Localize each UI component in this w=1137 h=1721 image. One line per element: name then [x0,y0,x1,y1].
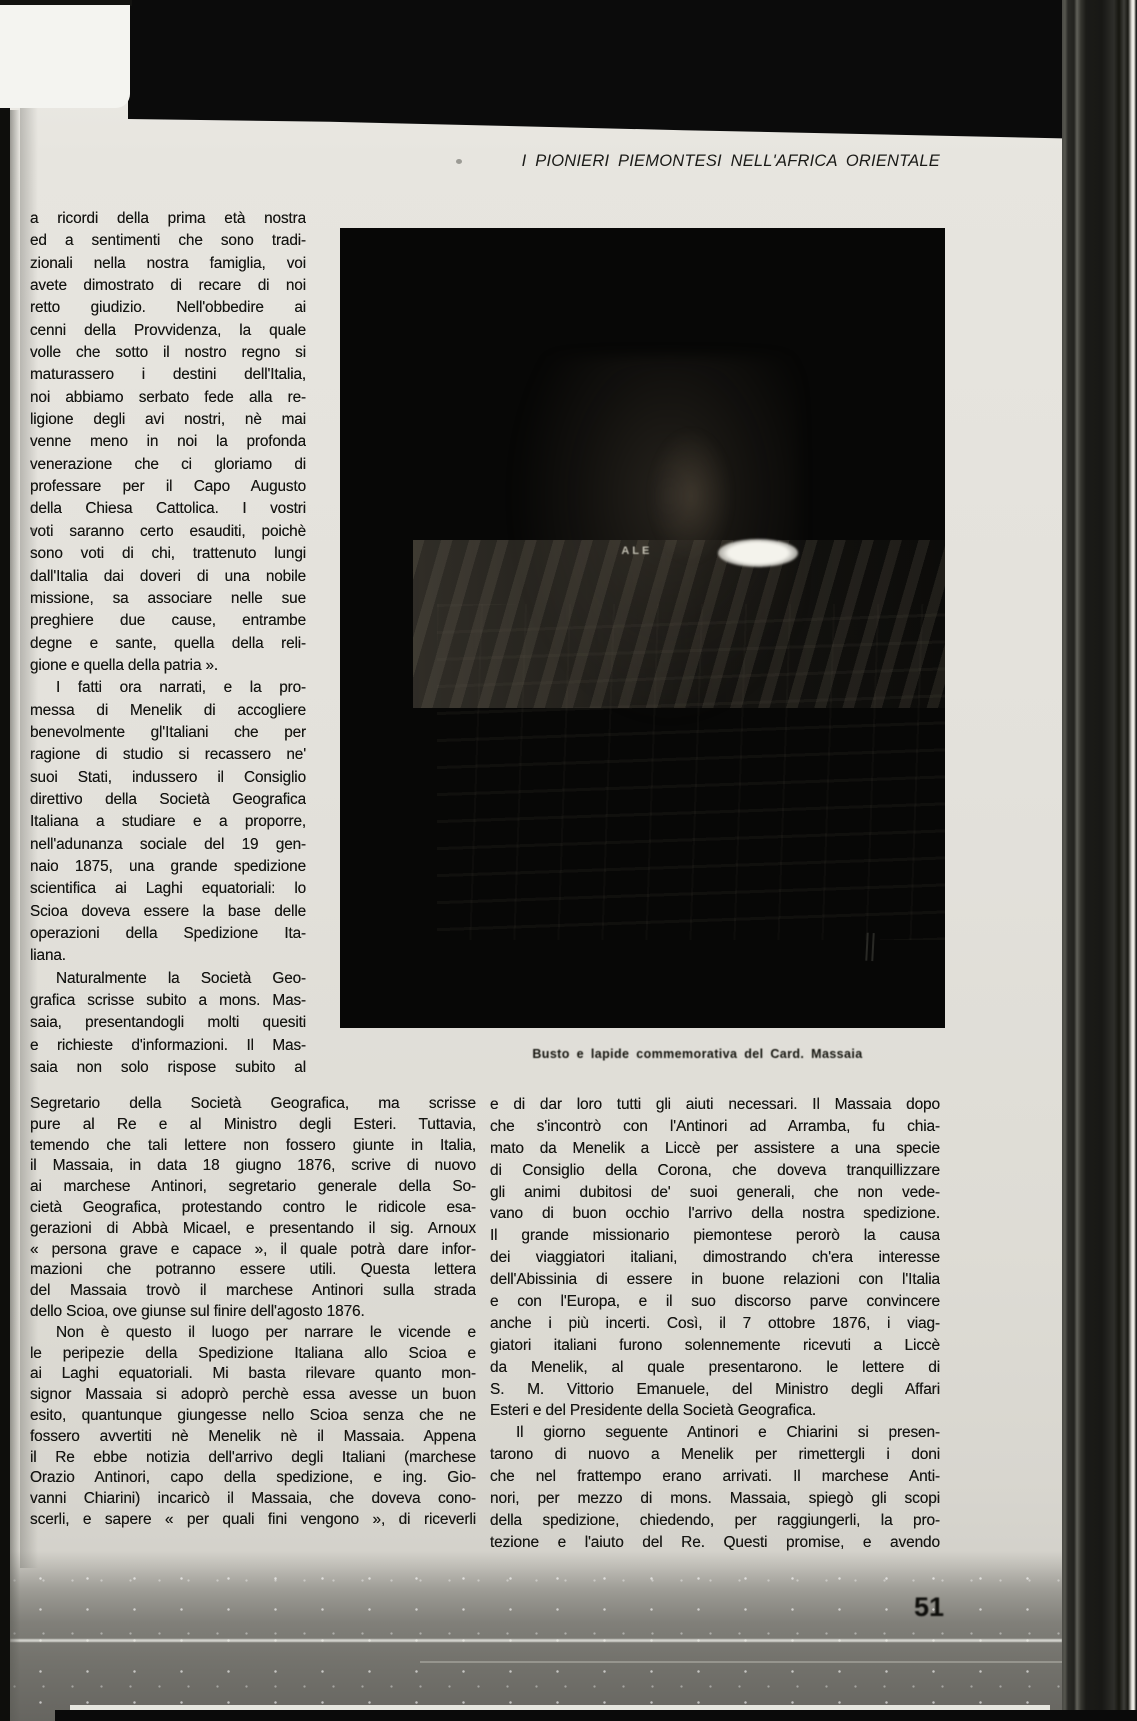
text-line: suoi Stati, indussero il Consiglio [30,767,306,789]
text-line: volle che sotto il nostro regno si [30,342,306,364]
text-line: retto giudizio. Nell'obbedire ai [30,297,306,319]
text-line: missione, sa associare nelle sue [30,588,306,610]
text-line: mazioni che potranno essere utili. Quest… [30,1260,476,1281]
text-line: preghiere due cause, entrambe [30,610,306,632]
text-line: messa di Menelik di accogliere [30,700,306,722]
text-line: scientifica ai Laghi equatoriali: lo [30,878,306,900]
text-line: grafica scrisse subito a mons. Mas- [30,990,306,1012]
text-line: dall'Italia dai doveri di una nobile [30,566,306,588]
text-line: di Consiglio della Corona, che doveva tr… [490,1160,940,1182]
scan-light-streak [10,1639,1062,1642]
text-line: ragione di studio si recassero ne' [30,744,306,766]
photo-caption: Busto e lapide commemorativa del Card. M… [505,1047,890,1061]
text-line: ai Laghi equatoriali. Mi basta rilevare … [30,1364,476,1385]
text-line: Non è questo il luogo per narrare le vic… [30,1323,476,1344]
text-line: mato da Menelik a Liccè per assistere a … [490,1138,940,1160]
running-header: I PIONIERI PIEMONTESI NELL'AFRICA ORIENT… [500,151,940,171]
text-line: benevolmente gl'Italiani che per [30,722,306,744]
dust-speck [456,159,462,164]
text-line: della spedizione, chiedendo, per raggiun… [490,1510,940,1532]
page-number: 51 [914,1592,944,1623]
text-line: cietà Geografica, protestando contro le … [30,1198,476,1219]
scan-top-left-white-corner [0,5,130,108]
pen-tick-marks [865,933,878,962]
text-line: gli animi dubitosi de' suoi generali, ch… [490,1182,940,1204]
scanned-page: ALE I PIONIERI PIEMONTESI NELL'AFRICA OR… [0,0,1137,1721]
text-line: naio 1875, una grande spedizione [30,856,306,878]
text-line: saia, presentandogli molti quesiti [30,1012,306,1034]
text-line: signor Massaia si adoprò perchè essa ave… [30,1385,476,1406]
text-column-left-narrow: a ricordi della prima età nostraed a sen… [30,208,306,1079]
text-line: dei viaggiatori italiani, dimostrando ch… [490,1247,940,1269]
text-line: Italiana a studiare e a proporre, [30,811,306,833]
text-line: gione e quella della patria ». [30,655,306,677]
text-line: le peripezie della Spedizione Italiana a… [30,1344,476,1365]
text-line: Il grande missionario piemontese perorò … [490,1225,940,1247]
text-line: Scioa doveva essere la base delle [30,901,306,923]
text-line: « persona grave e capace », il quale pot… [30,1240,476,1261]
text-line: vano di buon occhio l'arrivo della nostr… [490,1203,940,1225]
dust-speck [31,528,35,532]
text-line: il Massaia, in data 18 giugno 1876, scri… [30,1156,476,1177]
text-line: scerli, e sapere « per quali fini vengon… [30,1510,476,1531]
text-column-bottom-left: Segretario della Società Geografica, ma … [30,1094,476,1531]
text-line: nell'adunanza sociale del 19 gen- [30,834,306,856]
scan-bottom-shadow [10,1551,1062,1721]
text-line: che s'incontrò con l'Antinori ad Arramba… [490,1116,940,1138]
scan-bottom-black-strip [55,1710,1137,1721]
text-column-bottom-right: e di dar loro tutti gli aiuti necessari.… [490,1094,940,1554]
photo-busto-lapide: ALE [340,228,945,1028]
text-line: saia non solo rispose subito al [30,1057,306,1079]
text-line: professare per il Capo Augusto [30,476,306,498]
text-line: maturassero i destini dell'Italia, [30,364,306,386]
text-line: della Chiesa Cattolica. I vostri [30,498,306,520]
text-line: Orazio Antinori, capo della spedizione, … [30,1468,476,1489]
text-line: voti saranno certo esauditi, poichè [30,521,306,543]
text-line: Naturalmente la Società Geo- [30,968,306,990]
book-fore-edge [1062,0,1137,1721]
text-line: sono voti di chi, trattenuto lungi [30,543,306,565]
text-line: ligione degli avi nostri, nè mai [30,409,306,431]
text-line: gerazioni di Abbà Micael, e presentando … [30,1219,476,1240]
text-line: pure al Re e al Ministro degli Esteri. T… [30,1115,476,1136]
text-line: S. M. Vittorio Emanuele, del Ministro de… [490,1379,940,1401]
text-line: temendo che tali lettere non fossero giu… [30,1136,476,1157]
text-line: operazioni della Spedizione Ita- [30,923,306,945]
photo-light-highlight [718,539,798,567]
text-line: Segretario della Società Geografica, ma … [30,1094,476,1115]
text-line: I fatti ora narrati, e la pro- [30,677,306,699]
text-line: tarono di nuovo a Menelik per rimettergl… [490,1444,940,1466]
text-line: e con l'Europa, e il suo discorso parve … [490,1291,940,1313]
text-line: venerazione che ci gloriamo di [30,454,306,476]
text-line: avete dimostrato di recare di noi [30,275,306,297]
text-line: dell'Abissinia di essere in buone relazi… [490,1269,940,1291]
text-line: da Menelik, al quale presentarono. le le… [490,1357,940,1379]
text-line: liana. [30,945,306,967]
text-line: degne e sante, quella della reli- [30,633,306,655]
text-line: ai marchese Antinori, segretario general… [30,1177,476,1198]
scan-left-edge [0,110,10,1721]
text-line: del Massaia trovò il marchese Antinori s… [30,1281,476,1302]
scan-left-edge-fade [10,110,20,1721]
text-line: noi abbiamo serbato fede alla re- [30,387,306,409]
photo-wall-texture [437,604,945,940]
text-line: venne meno in noi la profonda [30,431,306,453]
text-line: nori, per mezzo di mons. Massaia, spiegò… [490,1488,940,1510]
photo-inscription: ALE [621,545,652,557]
text-line: vanni Chiarini) incaricò il Massaia, che… [30,1489,476,1510]
text-line: giatori italiani furono solennemente ric… [490,1335,940,1357]
text-line: il Re ebbe notizia dell'arrivo degli Ita… [30,1448,476,1469]
text-line: e richieste d'informazioni. Il Mas- [30,1035,306,1057]
text-line: zionali nella nostra famiglia, voi [30,253,306,275]
text-line: e di dar loro tutti gli aiuti necessari.… [490,1094,940,1116]
text-line: che nel frattempo erano arrivati. Il mar… [490,1466,940,1488]
text-line: ed a sentimenti che sono tradi- [30,230,306,252]
scan-light-streak-faint [420,1661,1062,1663]
text-line: dello Scioa, ove giunse sul finire dell'… [30,1302,476,1323]
text-line: esito, quantunque giungesse nello Scioa … [30,1406,476,1427]
text-line: direttivo della Società Geografica [30,789,306,811]
text-line: a ricordi della prima età nostra [30,208,306,230]
scan-top-black-band [128,0,1137,140]
text-line: Il giorno seguente Antinori e Chiarini s… [490,1422,940,1444]
text-line: anche i più incerti. Così, il 7 ottobre … [490,1313,940,1335]
text-line: fossero avvertiti nè Menelik nè il Massa… [30,1427,476,1448]
text-line: cenni della Provvidenza, la quale [30,320,306,342]
text-line: Esteri e del Presidente della Società Ge… [490,1400,940,1422]
